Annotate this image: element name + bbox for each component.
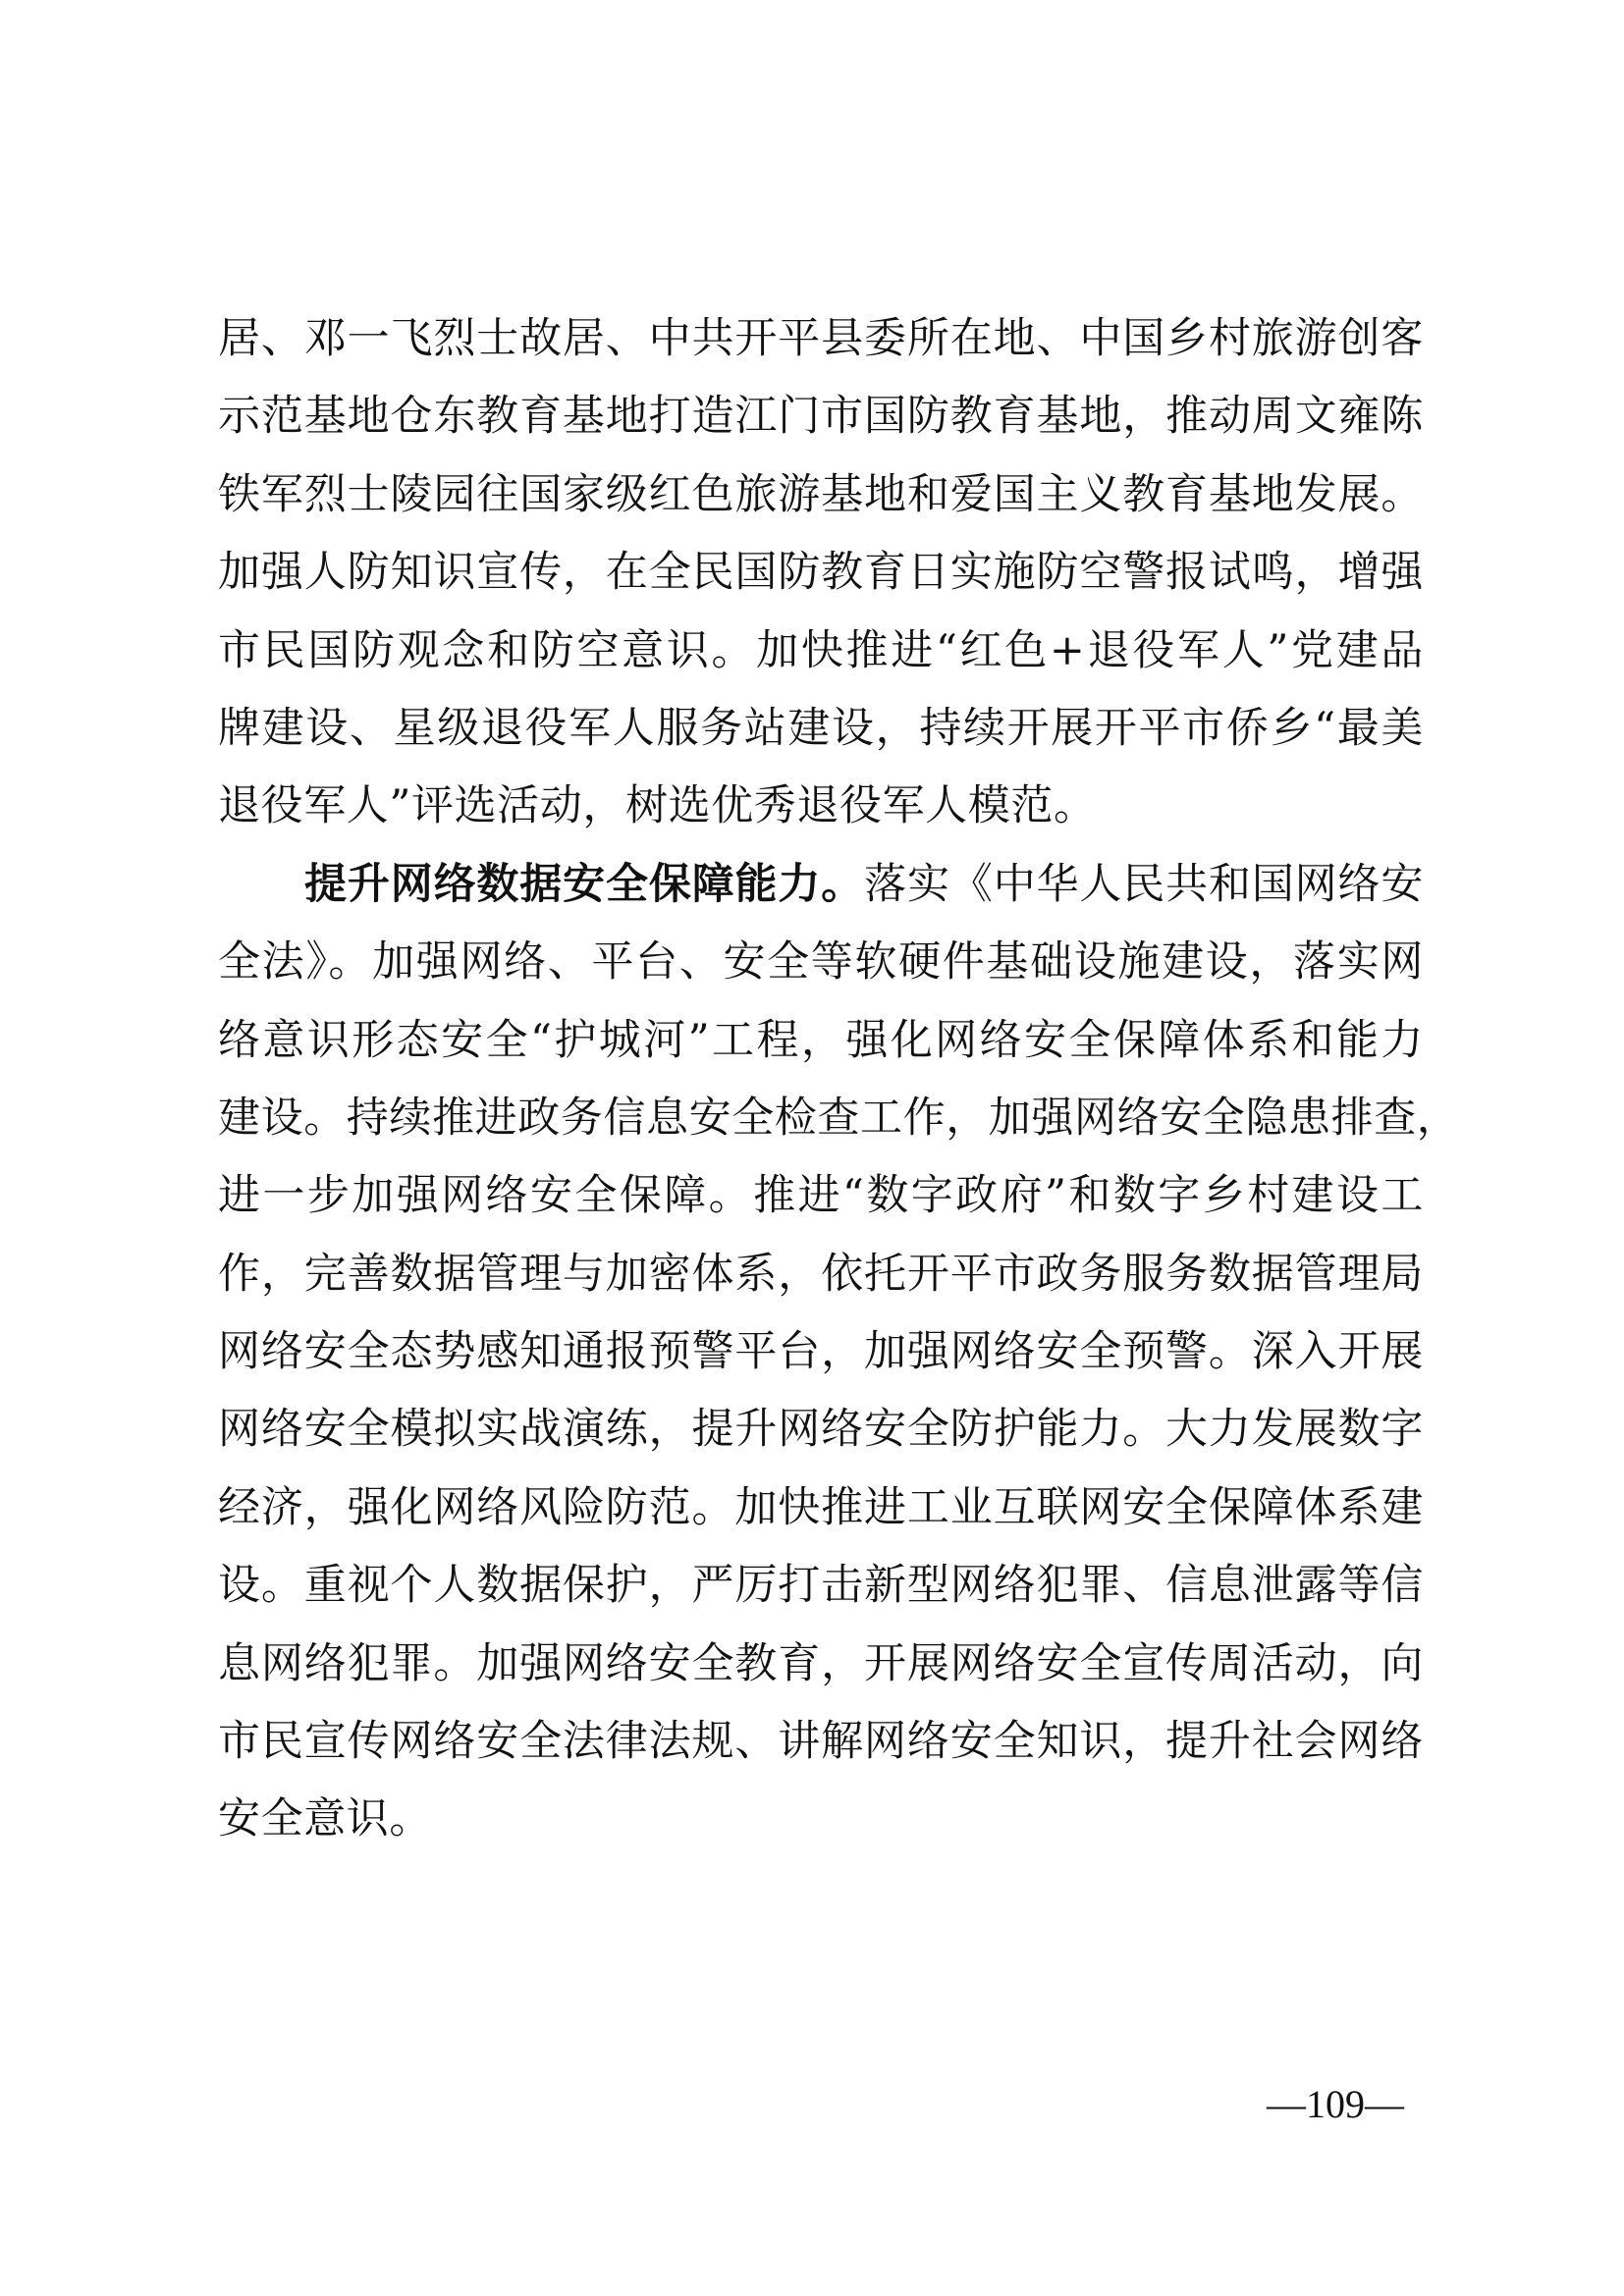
page-number: —109— bbox=[1267, 2081, 1404, 2127]
paragraph-network-security: 提升网络数据安全保障能力。落实《中华人民共和国网络安 全法》。加强网络、平台、安… bbox=[218, 846, 1424, 1859]
document-page: 居、邓一飞烈士故居、中共开平县委所在地、中国乡村旅游创客 示范基地仓东教育基地打… bbox=[0, 0, 1624, 2296]
text-line: 经济，强化网络风险防范。加快推进工业互联网安全保障体系建 bbox=[218, 1469, 1424, 1547]
text-line: 网络安全模拟实战演练，提升网络安全防护能力。大力发展数字 bbox=[218, 1391, 1424, 1468]
text-line: 居、邓一飞烈士故居、中共开平县委所在地、中国乡村旅游创客 bbox=[218, 300, 1424, 378]
text-line: 安全意识。 bbox=[218, 1781, 1424, 1858]
text-line: 作，完善数据管理与加密体系，依托开平市政务服务数据管理局 bbox=[218, 1236, 1424, 1313]
text-line: 网络安全态势感知通报预警平台，加强网络安全预警。深入开展 bbox=[218, 1313, 1424, 1391]
body-text: 居、邓一飞烈士故居、中共开平县委所在地、中国乡村旅游创客 示范基地仓东教育基地打… bbox=[218, 300, 1424, 1859]
text-fragment: 落实《中华人民共和国网络安 bbox=[864, 860, 1424, 909]
text-line: 络意识形态安全“护城河”工程，强化网络安全保障体系和能力 bbox=[218, 1002, 1424, 1080]
text-line: 建设。持续推进政务信息安全检查工作，加强网络安全隐患排查， bbox=[218, 1080, 1424, 1157]
text-line: 牌建设、星级退役军人服务站建设，持续开展开平市侨乡“最美 bbox=[218, 690, 1424, 768]
text-line: 示范基地仓东教育基地打造江门市国防教育基地，推动周文雍陈 bbox=[218, 378, 1424, 455]
paragraph-national-defense: 居、邓一飞烈士故居、中共开平县委所在地、中国乡村旅游创客 示范基地仓东教育基地打… bbox=[218, 300, 1424, 846]
text-line-with-heading: 提升网络数据安全保障能力。落实《中华人民共和国网络安 bbox=[218, 846, 1424, 924]
text-line: 进一步加强网络安全保障。推进“数字政府”和数字乡村建设工 bbox=[218, 1157, 1424, 1235]
text-line: 市民宣传网络安全法律法规、讲解网络安全知识，提升社会网络 bbox=[218, 1703, 1424, 1781]
text-line: 息网络犯罪。加强网络安全教育，开展网络安全宣传周活动，向 bbox=[218, 1626, 1424, 1703]
text-line: 加强人防知识宣传，在全民国防教育日实施防空警报试鸣，增强 bbox=[218, 534, 1424, 612]
text-line: 市民国防观念和防空意识。加快推进“红色+退役军人”党建品 bbox=[218, 613, 1424, 690]
text-line: 铁军烈士陵园往国家级红色旅游基地和爱国主义教育基地发展。 bbox=[218, 456, 1424, 534]
text-line: 全法》。加强网络、平台、安全等软硬件基础设施建设，落实网 bbox=[218, 924, 1424, 1001]
text-line: 设。重视个人数据保护，严厉打击新型网络犯罪、信息泄露等信 bbox=[218, 1547, 1424, 1625]
text-line: 退役军人”评选活动，树选优秀退役军人模范。 bbox=[218, 768, 1424, 845]
section-heading: 提升网络数据安全保障能力。 bbox=[304, 860, 864, 909]
